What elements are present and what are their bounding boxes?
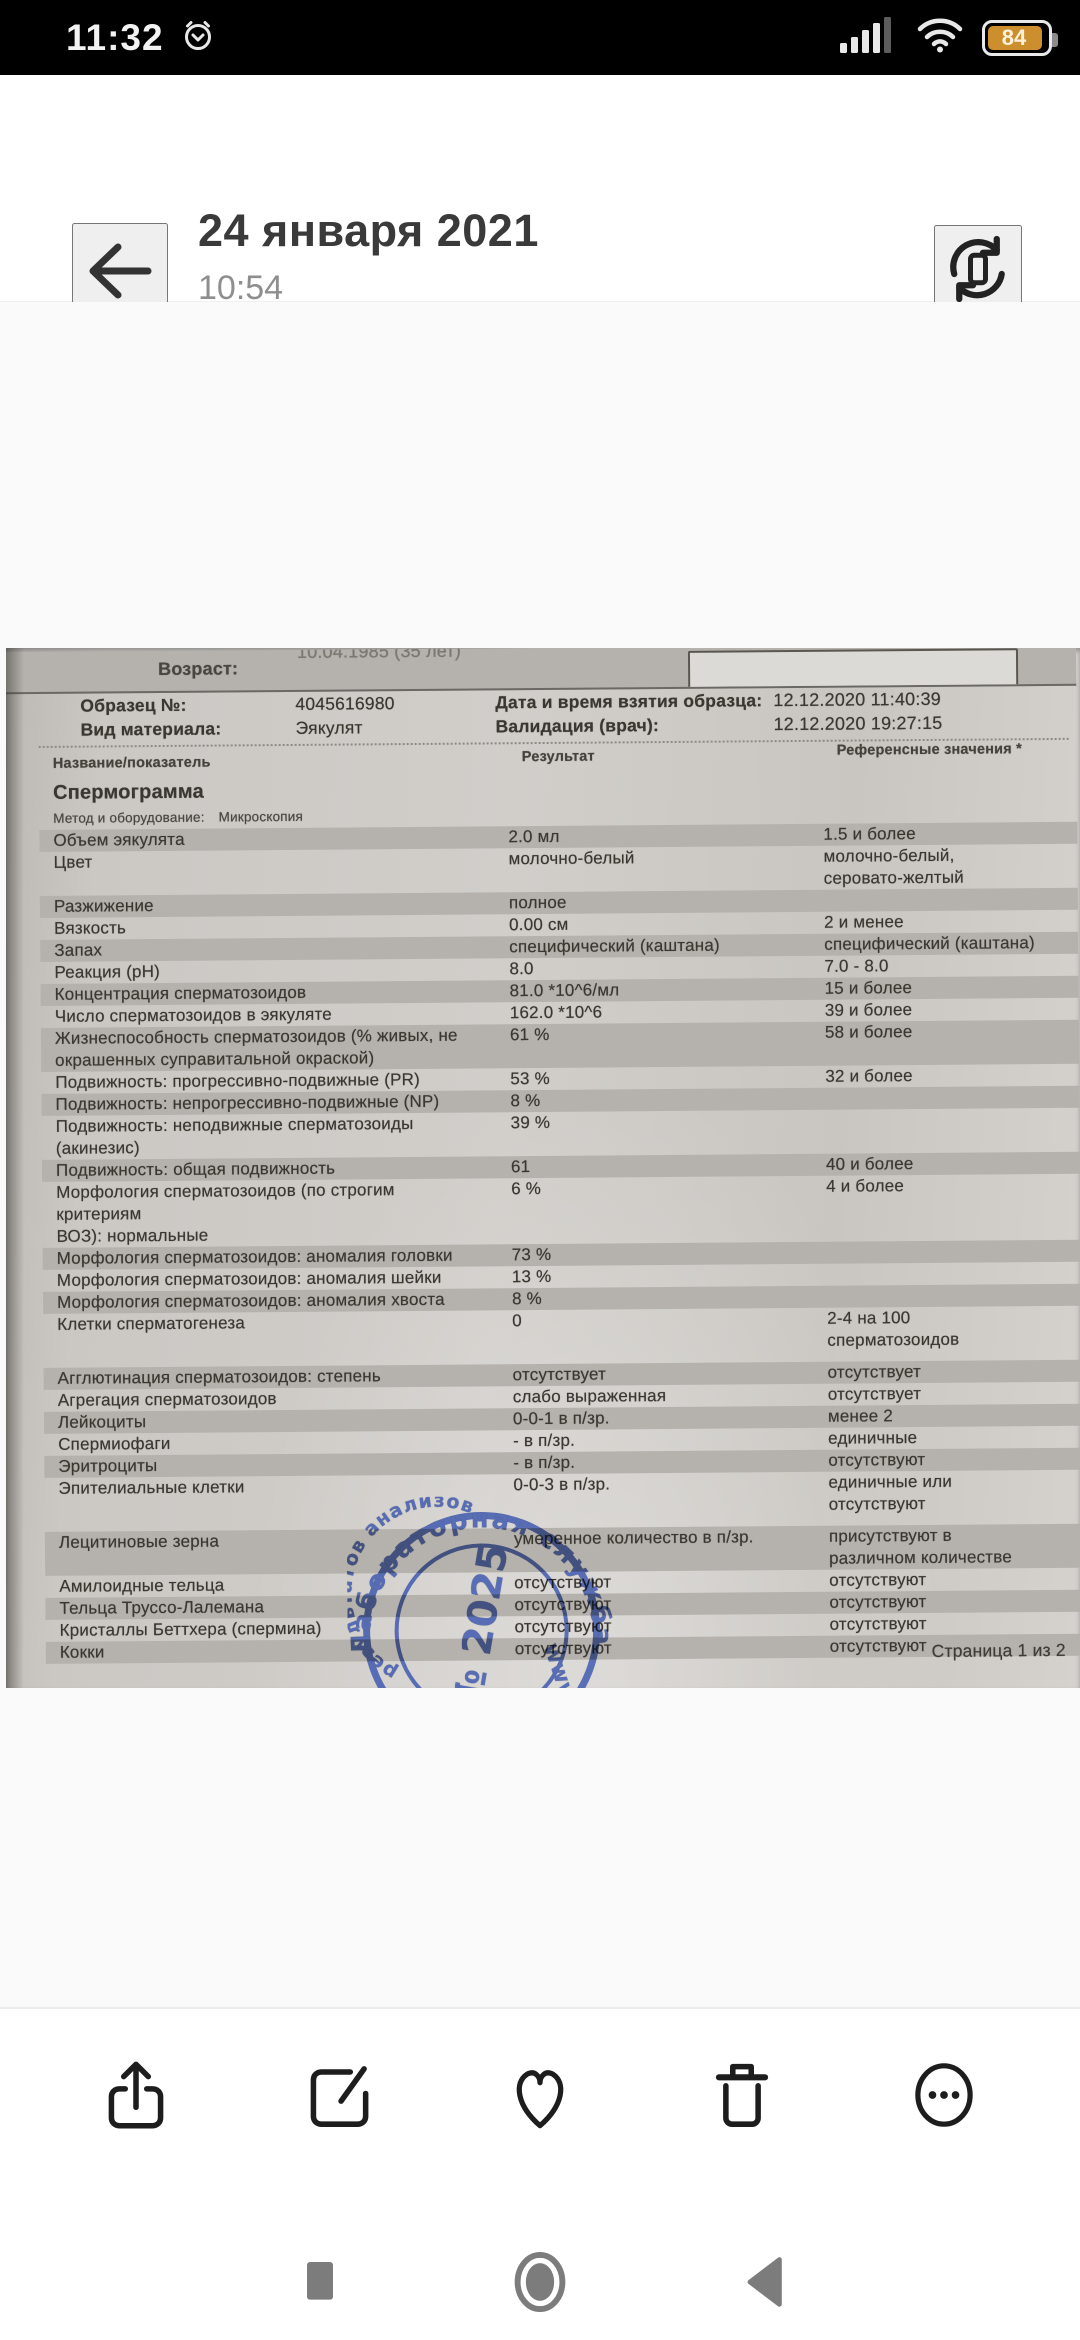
row-result: 61 % <box>510 1022 810 1046</box>
row-result: 73 % <box>512 1242 812 1266</box>
row-result: 162.0 *10^6 <box>510 1000 810 1024</box>
age-label: Возраст: <box>158 658 238 680</box>
favorite-button[interactable] <box>492 2047 588 2143</box>
page-number: Страница 1 из 2 <box>932 1640 1066 1662</box>
material-value: Эякулят <box>295 717 362 739</box>
row-result: - в п/зр. <box>513 1428 813 1452</box>
age-value: 10.04.1985 (35 лет) <box>297 648 461 663</box>
photo-date-title: 24 января 2021 <box>198 205 539 257</box>
row-ref: 4 и более <box>826 1174 1061 1198</box>
row-result: 81.0 *10^6/мл <box>510 978 810 1002</box>
back-arrow-icon <box>78 229 162 313</box>
row-result: - в п/зр. <box>513 1450 813 1474</box>
row-result: 0 <box>512 1308 812 1332</box>
more-icon <box>901 2052 987 2138</box>
row-name: Клетки сперматогенеза <box>43 1310 483 1335</box>
home-button[interactable] <box>502 2244 578 2320</box>
row-result: 0-0-1 в п/зр. <box>513 1406 813 1430</box>
battery-percent: 84 <box>1002 25 1026 51</box>
method-value: Микроскопия <box>219 809 304 825</box>
row-result: 13 % <box>512 1264 812 1288</box>
row-result: слабо выраженная <box>513 1384 813 1408</box>
col-header-ref: Референсные значения * <box>837 741 1022 758</box>
alarm-icon <box>180 17 216 58</box>
doc-sample-info: Образец №: 4045616980 Вид материала: Эяк… <box>6 686 1077 742</box>
row-ref: отсутствуют <box>828 1448 1063 1472</box>
row-ref: специфический (каштана) <box>824 932 1059 956</box>
gallery-screen: 11:32 <box>0 0 1080 2340</box>
navigation-bar <box>0 2226 1080 2340</box>
delete-icon <box>699 2052 785 2138</box>
row-ref: 40 и более <box>826 1152 1061 1176</box>
row-ref: менее 2 <box>828 1404 1063 1428</box>
row-result: 6 % <box>511 1176 811 1200</box>
home-icon <box>507 2249 573 2315</box>
method-label: Метод и оборудование: <box>53 810 205 826</box>
row-result: молочно-белый <box>508 846 808 870</box>
row-ref: единичные или отсутствуют <box>828 1470 1063 1516</box>
action-bar <box>0 2007 1080 2226</box>
row-name: Цвет <box>40 848 480 873</box>
sampling-label: Дата и время взятия образца: <box>495 690 762 713</box>
back-nav-button[interactable] <box>732 2244 808 2320</box>
row-ref: 1.5 и более <box>823 822 1058 846</box>
row-name: Морфология сперматозоидов (по строгим кр… <box>42 1178 483 1247</box>
rotate-icon <box>938 229 1018 309</box>
row-ref: 2-4 на 100 сперматозоидов <box>827 1306 1062 1352</box>
row-result: 53 % <box>510 1066 810 1090</box>
row-result: 61 <box>511 1154 811 1178</box>
document-photo[interactable]: Возраст: 10.04.1985 (35 лет) Образец №: … <box>6 648 1080 1688</box>
row-result: специфический (каштана) <box>509 934 809 958</box>
rotate-button[interactable] <box>934 225 1022 313</box>
recents-icon <box>287 2249 353 2315</box>
edit-button[interactable] <box>290 2047 386 2143</box>
more-button[interactable] <box>896 2047 992 2143</box>
row-ref: 7.0 - 8.0 <box>824 954 1059 978</box>
row-result: 8 % <box>512 1286 812 1310</box>
row-ref: молочно-белый, серовато-желтый <box>823 844 1058 890</box>
row-ref: присутствуют в различном количестве <box>829 1524 1064 1570</box>
stamp-number: № 2025 <box>443 1540 517 1688</box>
row-ref: 2 и менее <box>824 910 1059 934</box>
recents-button[interactable] <box>282 2244 358 2320</box>
gallery-header: 24 января 2021 10:54 <box>0 75 1080 302</box>
row-ref: отсутствует <box>828 1360 1063 1384</box>
validation-label: Валидация (врач): <box>495 715 659 737</box>
delete-button[interactable] <box>694 2047 790 2143</box>
row-result: 2.0 мл <box>508 824 808 848</box>
row-ref: 58 и более <box>825 1020 1060 1044</box>
lab-stamp: Лабораторная служба Хеликс результатов а… <box>347 1495 617 1688</box>
row-ref: отсутствует <box>828 1382 1063 1406</box>
signal-icon <box>840 15 898 60</box>
sample-value: 4045616980 <box>295 693 394 715</box>
validation-value: 12.12.2020 19:27:15 <box>773 713 942 735</box>
row-result: 0.00 см <box>509 912 809 936</box>
row-result: полное <box>509 890 809 914</box>
share-button[interactable] <box>88 2047 184 2143</box>
row-ref: 39 и более <box>825 998 1060 1022</box>
sampling-value: 12.12.2020 11:40:39 <box>773 689 941 711</box>
photo-viewer[interactable]: Возраст: 10.04.1985 (35 лет) Образец №: … <box>0 302 1080 2007</box>
row-ref: 15 и более <box>825 976 1060 1000</box>
col-header-name: Название/показатель <box>53 755 211 772</box>
back-triangle-icon <box>737 2249 803 2315</box>
material-label: Вид материала: <box>80 719 221 741</box>
table-row: Клетки сперматогенеза 0 2-4 на 100 сперм… <box>43 1306 1080 1358</box>
share-icon <box>93 2052 179 2138</box>
row-result: 8 % <box>510 1088 810 1112</box>
edit-icon <box>295 2052 381 2138</box>
wifi-icon <box>916 16 964 59</box>
favorite-icon <box>497 2052 583 2138</box>
status-time: 11:32 <box>66 17 164 59</box>
battery-icon: 84 <box>982 20 1052 56</box>
row-ref: отсутствуют <box>830 1612 1065 1636</box>
row-name: Жизнеспособность сперматозоидов (% живых… <box>41 1024 481 1071</box>
row-ref: 32 и более <box>825 1064 1060 1088</box>
row-result: отсутствует <box>513 1362 813 1386</box>
row-ref: единичные <box>828 1426 1063 1450</box>
row-result: 0-0-3 в п/зр. <box>513 1472 813 1496</box>
col-header-result: Результат <box>522 749 595 766</box>
table-row: Цвет молочно-белый молочно-белый, серова… <box>40 844 1078 896</box>
row-ref: отсутствуют <box>829 1568 1064 1592</box>
row-result: 8.0 <box>509 956 809 980</box>
sample-label: Образец №: <box>80 695 186 717</box>
row-result: 39 % <box>511 1110 811 1134</box>
status-bar: 11:32 <box>0 0 1080 75</box>
stamp-web-text: www.h <box>538 1640 588 1688</box>
row-ref: отсутствуют <box>829 1590 1064 1614</box>
section-title: Спермограмма <box>53 774 1077 805</box>
table-row: Морфология сперматозоидов (по строгим кр… <box>42 1174 1080 1248</box>
row-name: Подвижность: неподвижные сперматозоиды (… <box>42 1112 482 1159</box>
